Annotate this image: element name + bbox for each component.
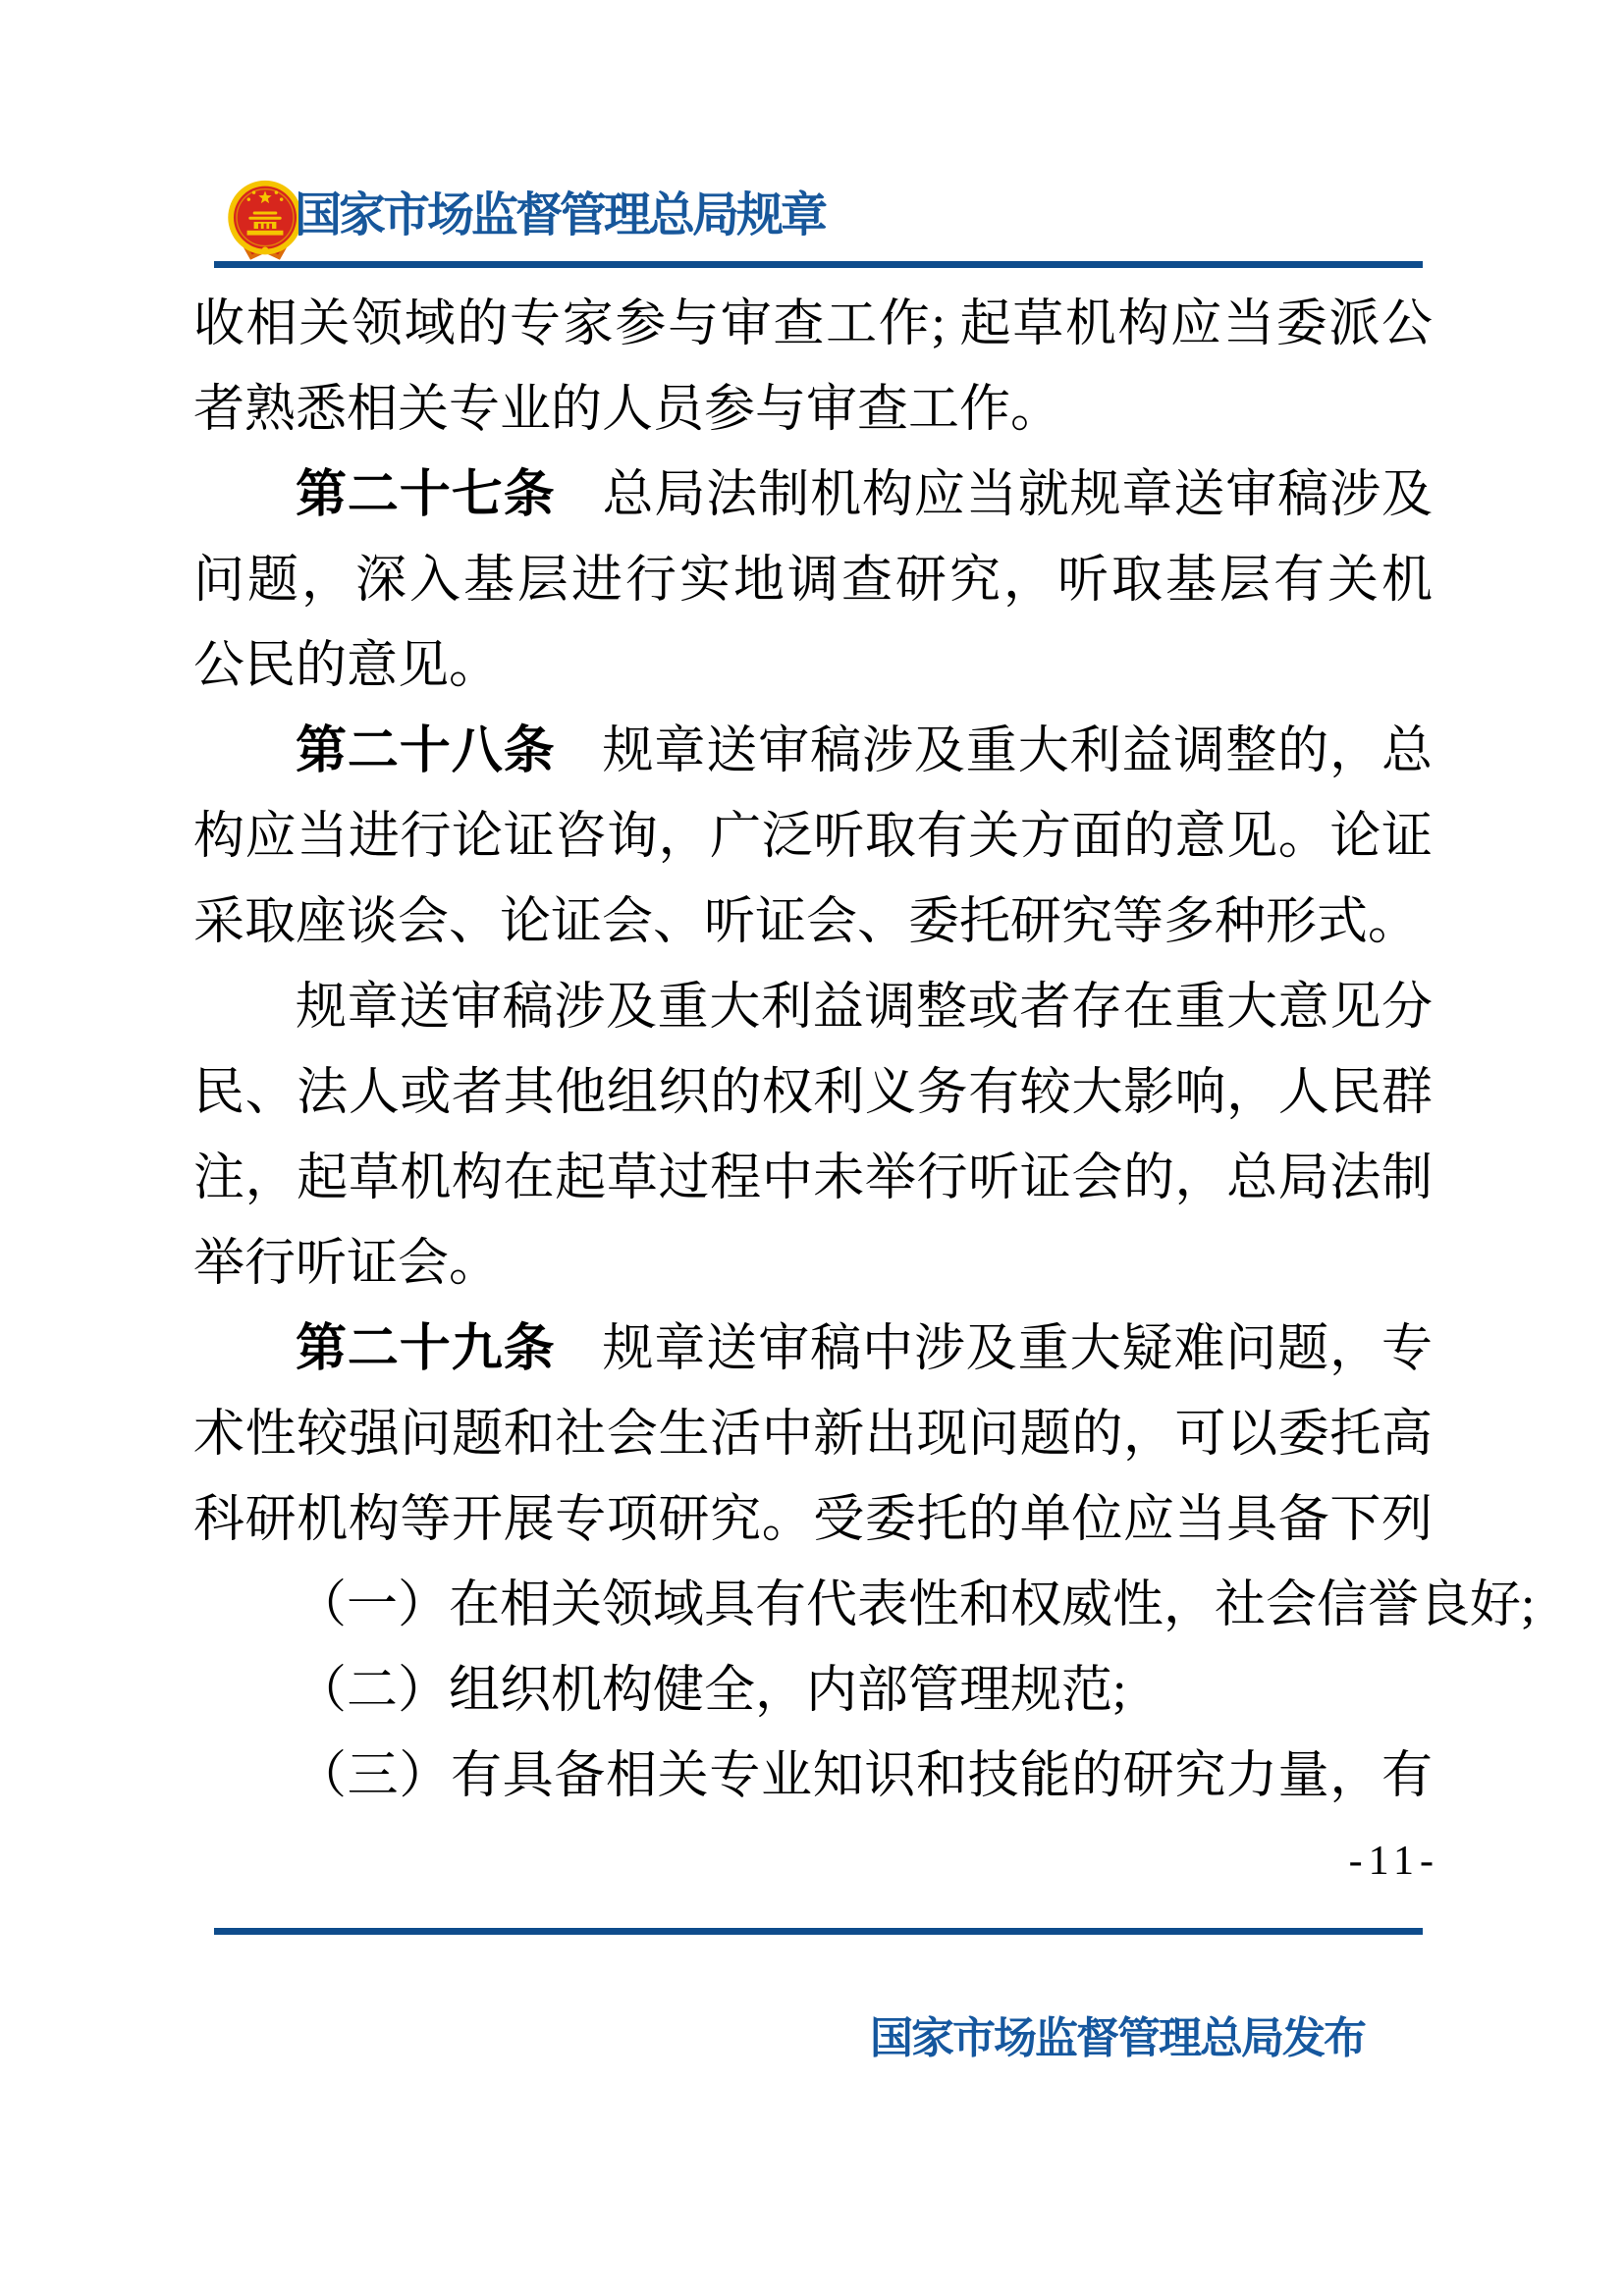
body-line: （二）组织机构健全，内部管理规范;: [193, 1648, 1433, 1734]
article-number: 第二十七条: [296, 466, 556, 523]
body-line: 第二十八条规章送审稿涉及重大利益调整的，总局法制机: [193, 709, 1433, 794]
document-page: 国家市场监督管理总局规章 收相关领域的专家参与审查工作; 起草机构应当委派公职律…: [0, 0, 1624, 2296]
line-text: 民、法人或者其他组织的权利义务有较大影响，人民群众普遍关: [193, 1065, 1433, 1136]
body-line: 民、法人或者其他组织的权利义务有较大影响，人民群众普遍关: [193, 1050, 1433, 1136]
line-text: （一）在相关领域具有代表性和权威性，社会信誉良好;: [296, 1577, 1535, 1633]
line-text: 举行听证会。: [193, 1236, 500, 1292]
body-line: 者熟悉相关专业的人员参与审查工作。: [193, 367, 1433, 453]
body-line: 术性较强问题和社会生活中新出现问题的，可以委托高等院校、: [193, 1392, 1433, 1477]
body-line: 公民的意见。: [193, 623, 1433, 709]
body-line: （一）在相关领域具有代表性和权威性，社会信誉良好;: [193, 1563, 1433, 1648]
article-number: 第二十八条: [296, 722, 556, 779]
line-text: 公民的意见。: [193, 638, 500, 694]
article-number: 第二十九条: [296, 1320, 556, 1377]
line-text: 构应当进行论证咨询，广泛听取有关方面的意见。论证咨询可以: [193, 809, 1433, 880]
line-text: 注，起草机构在起草过程中未举行听证会的，总局法制机构可以: [193, 1150, 1433, 1221]
publisher-line: 国家市场监督管理总局发布: [870, 2002, 1365, 2065]
body-line: 收相关领域的专家参与审查工作; 起草机构应当委派公职律师或: [193, 282, 1433, 367]
line-text: 术性较强问题和社会生活中新出现问题的，可以委托高等院校、: [193, 1407, 1433, 1477]
line-text: （三）有具备相关专业知识和技能的研究力量，有较强的数: [193, 1748, 1433, 1819]
body-line: 举行听证会。: [193, 1221, 1433, 1307]
body-line: 规章送审稿涉及重大利益调整或者存在重大意见分歧，对公: [193, 965, 1433, 1050]
footer-rule: [214, 1928, 1423, 1935]
line-text: 规章送审稿涉及重大利益调整或者存在重大意见分歧，对公: [193, 980, 1433, 1050]
body-line: 构应当进行论证咨询，广泛听取有关方面的意见。论证咨询可以: [193, 794, 1433, 880]
header-rule: [214, 261, 1423, 268]
line-text: （二）组织机构健全，内部管理规范;: [296, 1663, 1126, 1719]
body-line: 科研机构等开展专项研究。受委托的单位应当具备下列条件:: [193, 1477, 1433, 1563]
line-text: 问题，深入基层进行实地调查研究，听取基层有关机关、组织和: [193, 553, 1433, 623]
line-text: 科研机构等开展专项研究。受委托的单位应当具备下列条件:: [193, 1492, 1433, 1563]
page-number: -11-: [1349, 1838, 1439, 1885]
body-line: 注，起草机构在起草过程中未举行听证会的，总局法制机构可以: [193, 1136, 1433, 1221]
body-line: 第二十九条规章送审稿中涉及重大疑难问题，专业性、技: [193, 1307, 1433, 1392]
document-body: 收相关领域的专家参与审查工作; 起草机构应当委派公职律师或者熟悉相关专业的人员参…: [193, 282, 1433, 1819]
header-title: 国家市场监督管理总局规章: [295, 188, 825, 243]
line-text: 收相关领域的专家参与审查工作; 起草机构应当委派公职律师或: [193, 296, 1433, 367]
line-text: 者熟悉相关专业的人员参与审查工作。: [193, 382, 1061, 438]
body-line: 采取座谈会、论证会、听证会、委托研究等多种形式。: [193, 880, 1433, 965]
body-line: （三）有具备相关专业知识和技能的研究力量，有较强的数: [193, 1734, 1433, 1819]
body-line: 问题，深入基层进行实地调查研究，听取基层有关机关、组织和: [193, 538, 1433, 623]
body-line: 第二十七条总局法制机构应当就规章送审稿涉及的主要: [193, 453, 1433, 538]
line-text: 采取座谈会、论证会、听证会、委托研究等多种形式。: [193, 894, 1419, 950]
